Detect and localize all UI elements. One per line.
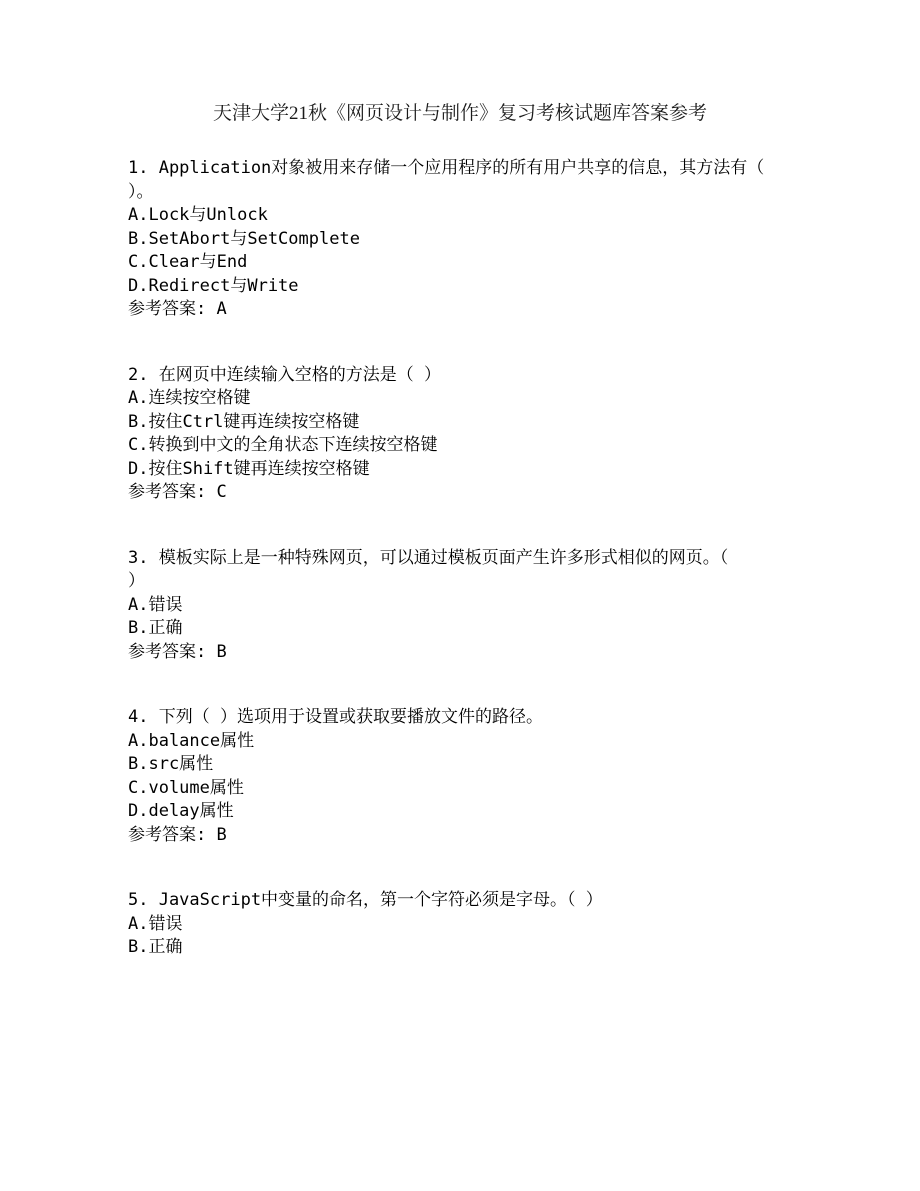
question-block-2: 2. 在网页中连续输入空格的方法是（ ） A.连续按空格键 B.按住Ctrl键再… [128,364,880,505]
question-text: 2. 在网页中连续输入空格的方法是（ ） [128,364,880,388]
question-text: 1. Application对象被用来存储一个应用程序的所有用户共享的信息，其方… [128,157,880,204]
answer-text: 参考答案: B [128,824,880,848]
question-option: B.src属性 [128,753,880,777]
question-option: A.balance属性 [128,730,880,754]
question-text: 3. 模板实际上是一种特殊网页，可以通过模板页面产生许多形式相似的网页。（ ） [128,547,880,594]
question-option: B.正确 [128,617,880,641]
question-option: A.错误 [128,913,880,937]
question-block-4: 4. 下列（ ）选项用于设置或获取要播放文件的路径。 A.balance属性 B… [128,706,880,847]
question-option: D.delay属性 [128,800,880,824]
page-title: 天津大学21秋《网页设计与制作》复习考核试题库答案参考 [0,101,920,127]
question-option: A.连续按空格键 [128,387,880,411]
answer-text: 参考答案: A [128,298,880,322]
question-block-5: 5. JavaScript中变量的命名，第一个字符必须是字母。（ ） A.错误 … [128,889,880,960]
question-option: A.Lock与Unlock [128,204,880,228]
question-option: C.转换到中文的全角状态下连续按空格键 [128,434,880,458]
question-text: 4. 下列（ ）选项用于设置或获取要播放文件的路径。 [128,706,880,730]
answer-text: 参考答案: B [128,641,880,665]
answer-text: 参考答案: C [128,481,880,505]
question-block-3: 3. 模板实际上是一种特殊网页，可以通过模板页面产生许多形式相似的网页。（ ） … [128,547,880,665]
question-text: 5. JavaScript中变量的命名，第一个字符必须是字母。（ ） [128,889,880,913]
question-option: D.Redirect与Write [128,275,880,299]
document-page: 天津大学21秋《网页设计与制作》复习考核试题库答案参考 1. Applicati… [0,0,920,1191]
question-option: B.正确 [128,936,880,960]
question-option: B.按住Ctrl键再连续按空格键 [128,411,880,435]
question-block-1: 1. Application对象被用来存储一个应用程序的所有用户共享的信息，其方… [128,157,880,322]
question-option: A.错误 [128,594,880,618]
question-option: C.volume属性 [128,777,880,801]
question-option: D.按住Shift键再连续按空格键 [128,458,880,482]
question-option: C.Clear与End [128,251,880,275]
question-option: B.SetAbort与SetComplete [128,228,880,252]
